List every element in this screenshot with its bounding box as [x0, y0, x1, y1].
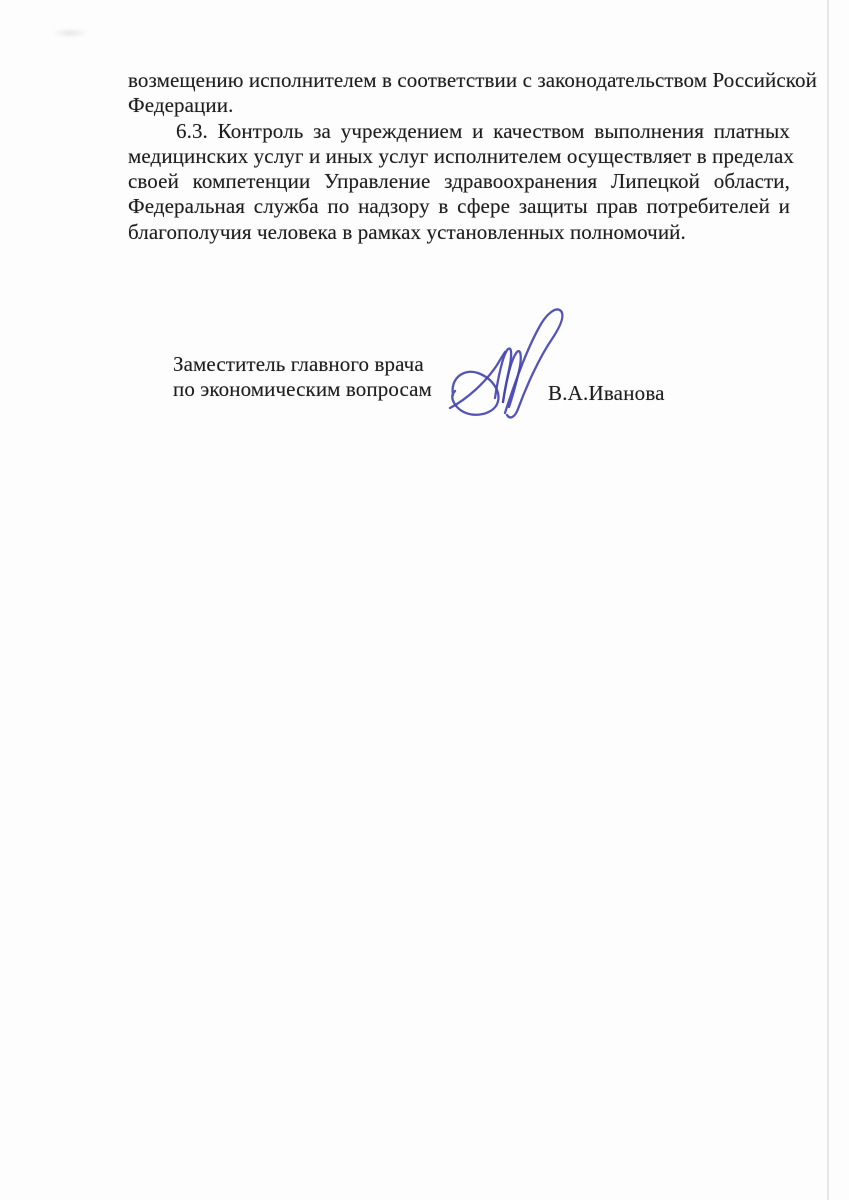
scan-smudge-artifact [52, 28, 88, 38]
signer-title-line2: по экономическим вопросам [173, 377, 432, 402]
signer-name: В.А.Иванова [548, 381, 665, 406]
body-text-line: своей компетенции Управление здравоохран… [128, 169, 790, 194]
body-text-line: Федеральная служба по надзору в сфере за… [128, 194, 790, 219]
body-text-line: медицинских услуг и иных услуг исполните… [128, 144, 790, 169]
document-page: возмещению исполнителем в соответствии с… [0, 0, 849, 1200]
signer-title-line1: Заместитель главного врача [173, 352, 432, 377]
body-text-line: Федерации. [128, 93, 790, 118]
body-text: возмещению исполнителем в соответствии с… [128, 68, 790, 245]
body-text-line: благополучия человека в рамках установле… [128, 220, 790, 245]
body-text-line: возмещению исполнителем в соответствии с… [128, 68, 790, 93]
scan-edge-artifact [827, 0, 829, 1200]
body-text-line: 6.3. Контроль за учреждением и качеством… [128, 119, 790, 144]
signer-title: Заместитель главного врача по экономичес… [173, 352, 432, 403]
